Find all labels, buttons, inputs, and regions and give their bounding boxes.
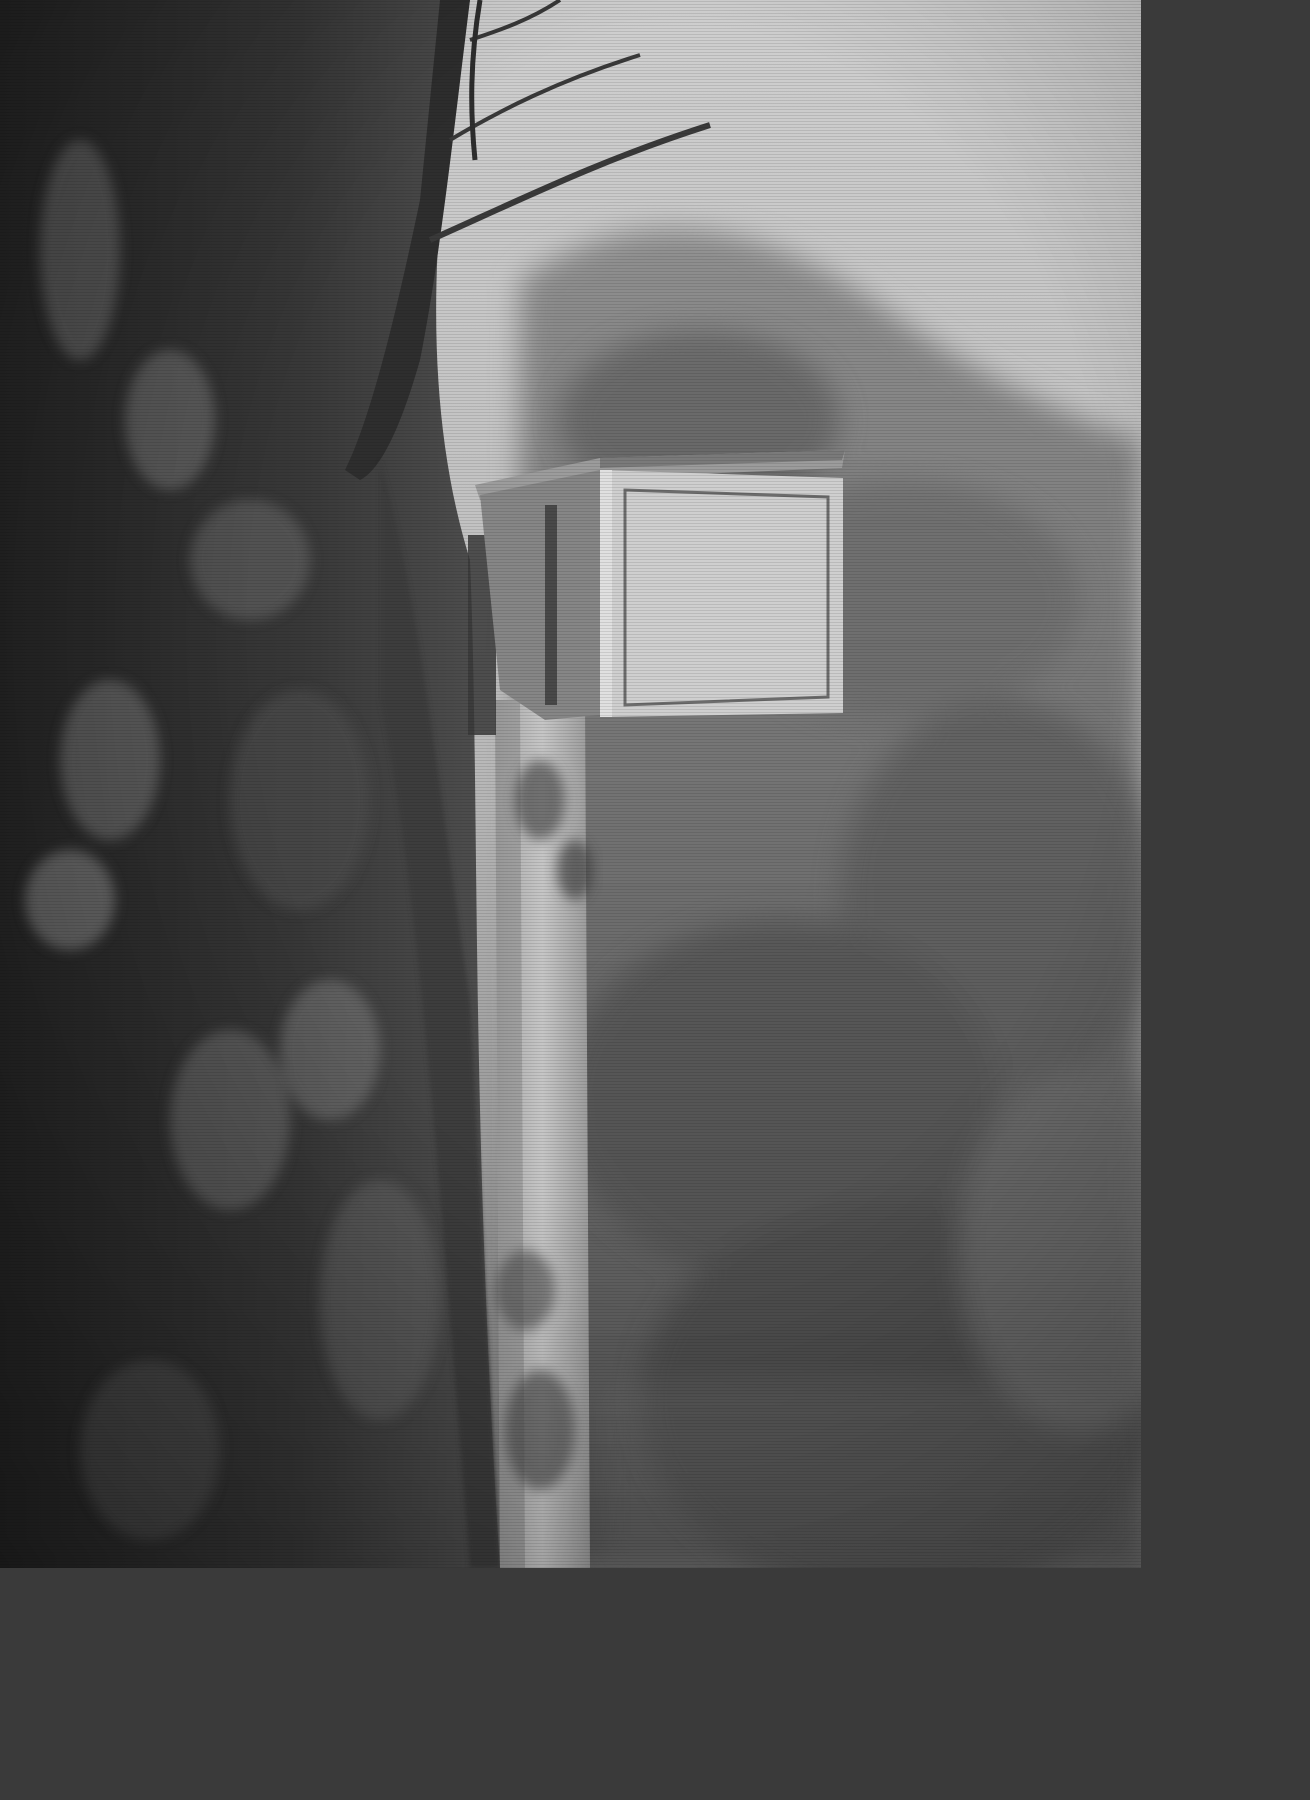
photograph: Black-and-white halftone photograph of a… xyxy=(0,0,1141,1568)
scene xyxy=(0,0,1141,1568)
ground xyxy=(600,1380,1141,1568)
box xyxy=(475,450,845,720)
